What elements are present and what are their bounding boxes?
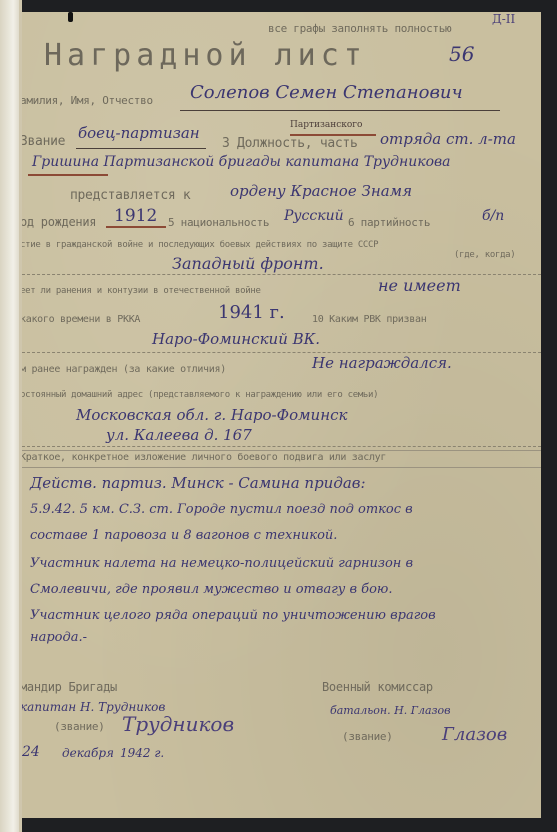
wounds-label: еет ли ранения и контузии в отечественно… <box>22 286 261 296</box>
combat-sublabel: (где, когда) <box>454 250 515 260</box>
position-value-line1: отряда ст. л-та <box>380 130 516 148</box>
rkka-value: 1941 г. <box>218 302 285 323</box>
birth-year-value: 1912 <box>114 206 157 226</box>
position-value-line2: Гришина Партизанской бригады капитана Тр… <box>32 154 451 170</box>
feat-heading: Краткое, конкретное изложение личного бо… <box>22 452 386 463</box>
feat-line: народа.- <box>30 630 87 645</box>
commissar-sublabel: (звание) <box>342 730 393 743</box>
presented-label: представляется к <box>70 188 190 203</box>
date-month: декабря <box>62 746 114 760</box>
wounds-value: не имеет <box>378 276 461 295</box>
name-label: амилия, Имя, Отчество <box>22 94 153 107</box>
position-label: 3 Должность, часть <box>222 136 357 151</box>
position-annotation: Партизанского <box>290 120 362 130</box>
feat-line: Участник целого ряда операций по уничтож… <box>30 608 436 623</box>
previous-awards-label: м ранее награжден (за какие отличия) <box>22 364 226 375</box>
combat-value: Западный фронт. <box>172 254 324 273</box>
name-value: Солепов Семен Степанович <box>190 82 463 103</box>
corner-mark: Д-II <box>492 12 515 26</box>
feat-line: Смолевичи, где проявил мужество и отвагу… <box>30 582 392 597</box>
form-line <box>22 274 541 275</box>
red-pencil-mark <box>290 134 376 136</box>
rvk-label: 10 Каким РВК призван <box>312 314 426 325</box>
rvk-value: Наро-Фоминский ВК. <box>152 330 320 348</box>
red-pencil-mark <box>28 174 108 176</box>
scan-artifact <box>68 12 73 22</box>
commissar-name: батальон. Н. Глазов <box>330 704 451 717</box>
rank-value: боец-партизан <box>78 124 200 142</box>
address-line1: Московская обл. г. Наро-Фоминск <box>76 406 347 424</box>
header-note: все графы заполнять полностью <box>268 22 451 35</box>
adjacent-page-strip <box>0 0 22 832</box>
address-line2: ул. Калеева д. 167 <box>106 426 252 444</box>
feat-line: составе 1 паровоза и 8 вагонов с технико… <box>30 528 337 543</box>
party-label: 6 партийность <box>348 216 430 229</box>
commissar-label: Военный комиссар <box>322 680 433 694</box>
address-label: остоянный домашний адрес (представляемог… <box>22 390 378 400</box>
underline <box>76 148 206 149</box>
commander-label: мандир Бригады <box>22 680 117 694</box>
commander-signature: Трудников <box>122 712 234 736</box>
sheet-number: 56 <box>449 42 474 66</box>
commander-sublabel: (звание) <box>54 720 105 733</box>
feat-line: 5.9.42. 5 км. С.З. ст. Городе пустил пое… <box>30 502 413 517</box>
red-pencil-mark <box>106 226 166 228</box>
rank-label: Звание <box>22 134 65 149</box>
form-line <box>22 352 541 353</box>
form-line <box>22 446 541 447</box>
birth-year-label: од рождения <box>22 215 96 229</box>
commissar-signature: Глазов <box>442 724 507 745</box>
award-sheet-page: все графы заполнять полностью Д-II Награ… <box>22 12 541 818</box>
nationality-label: 5 национальность <box>168 216 269 229</box>
feat-line: Участник налета на немецко-полицейский г… <box>30 556 413 571</box>
date-year: 1942 г. <box>120 746 164 760</box>
presented-value: ордену Красное Знамя <box>230 182 412 200</box>
combat-label: стие в гражданской войне и последующих б… <box>22 240 378 250</box>
page-title: Наградной лист <box>44 38 367 73</box>
date-day: 24 <box>22 744 40 760</box>
feat-line: Действ. партиз. Минск - Самина придав: <box>30 474 366 492</box>
underline <box>180 110 500 111</box>
rkka-label: какого времени в РККА <box>22 314 140 325</box>
party-value: б/п <box>482 208 504 224</box>
previous-awards-value: Не награждался. <box>312 354 452 372</box>
nationality-value: Русский <box>284 208 344 224</box>
